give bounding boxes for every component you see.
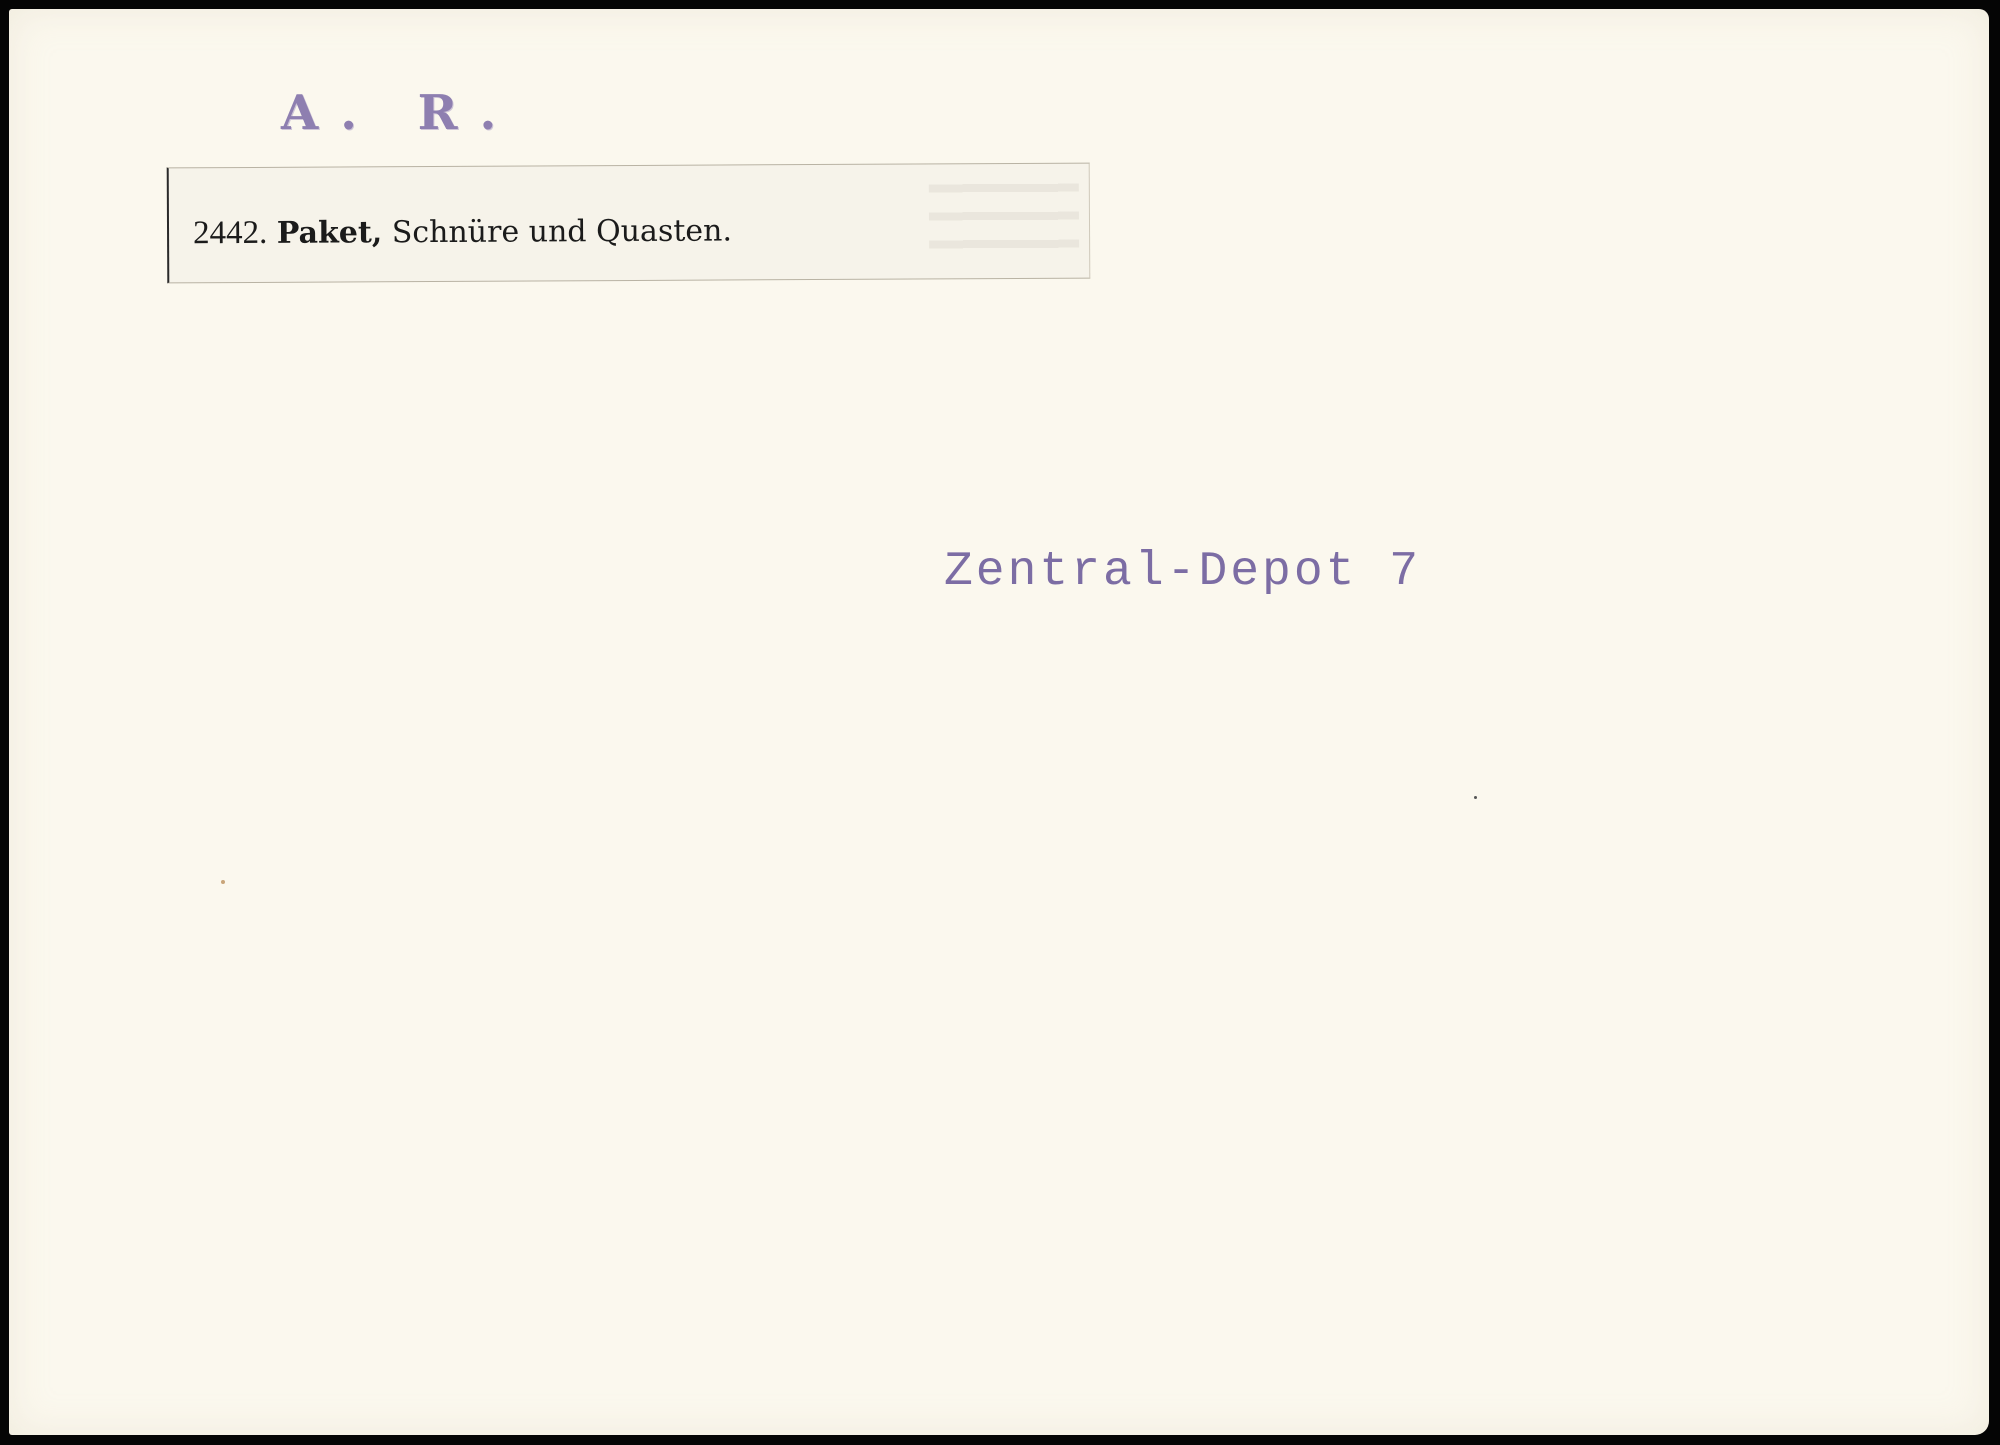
archive-card: A. R. 2442. Paket, Schnüre und Quasten. … [9, 9, 1989, 1435]
label-caption: 2442. Paket, Schnüre und Quasten. [193, 212, 732, 252]
item-title: Paket, [277, 215, 383, 251]
pasted-label: 2442. Paket, Schnüre und Quasten. [167, 163, 1091, 284]
initials-stamp: A. R. [281, 85, 518, 141]
show-through-text [929, 174, 1079, 267]
paper-speck [1474, 796, 1477, 799]
catalog-number: 2442. [193, 215, 267, 251]
item-description: Schnüre und Quasten. [392, 213, 732, 250]
paper-speck [221, 880, 225, 884]
depot-stamp: Zentral-Depot 7 [944, 545, 1421, 599]
